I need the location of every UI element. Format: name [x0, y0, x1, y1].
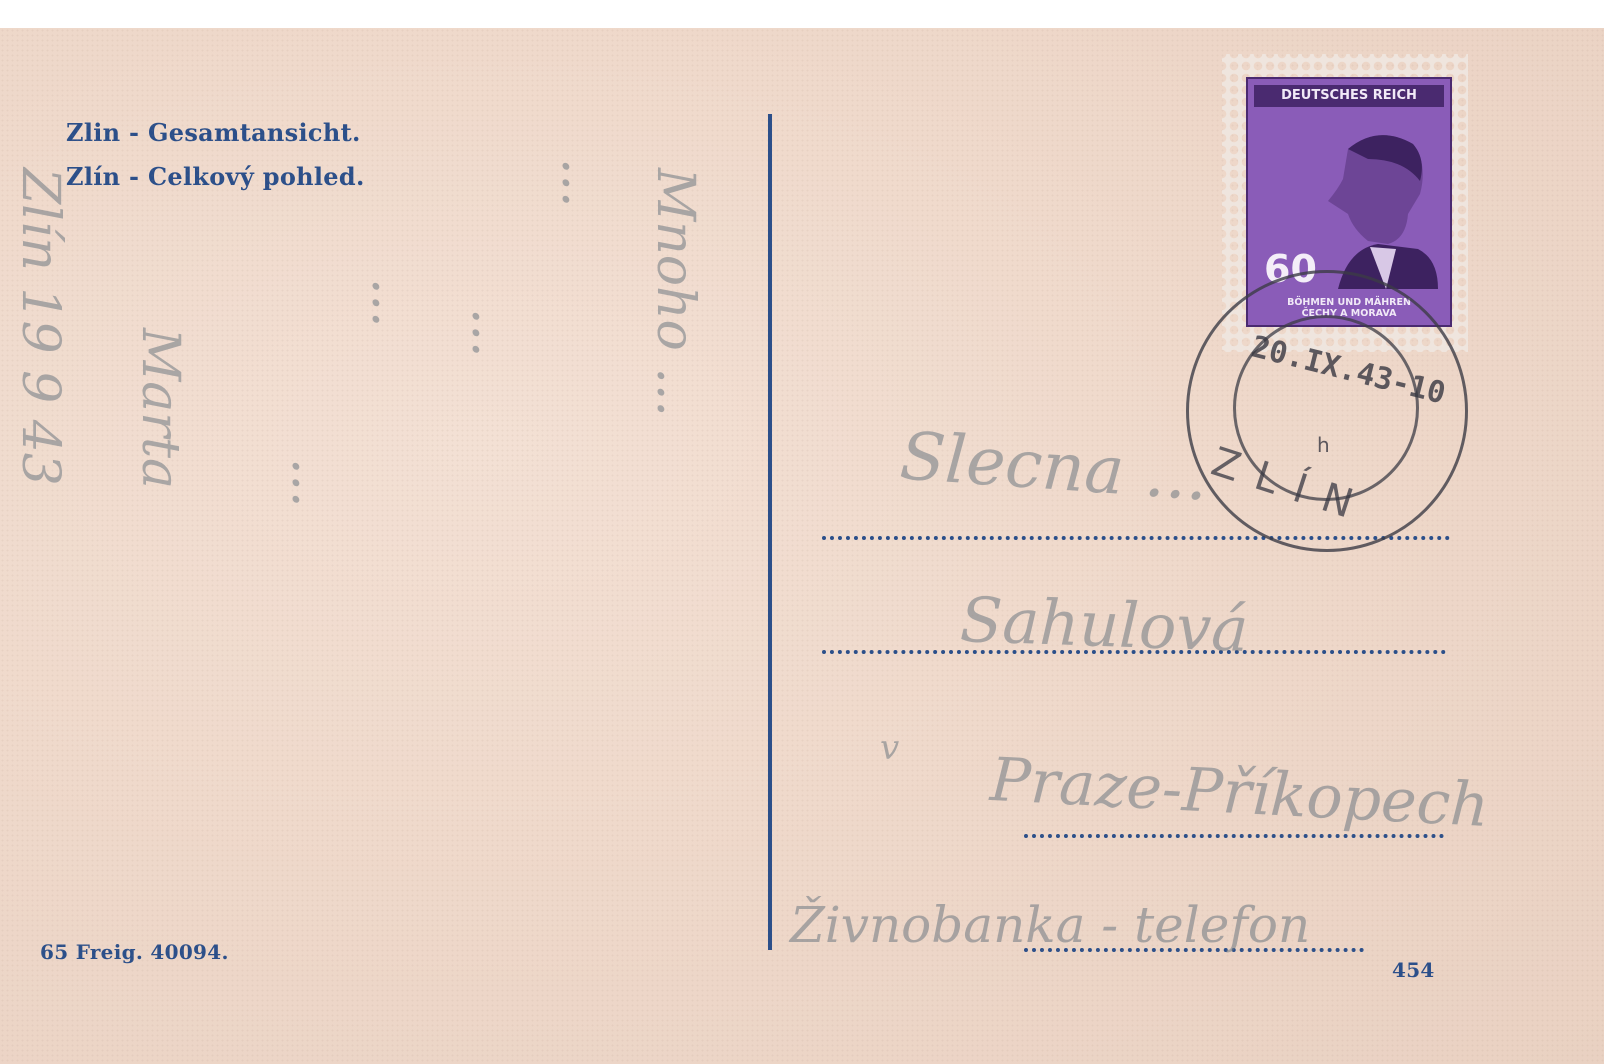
postmark-letter: h: [1317, 433, 1330, 457]
handwritten-date: Zlín 19 9 43: [10, 168, 70, 486]
handwritten-message-line: ...: [550, 158, 610, 208]
handwritten-message-line: ...: [360, 278, 420, 328]
caption-german: Zlin - Gesamtansicht.: [66, 118, 361, 147]
caption-czech: Zlín - Celkový pohled.: [66, 162, 365, 191]
handwritten-address-line: Praze-Příkopech: [989, 745, 1491, 841]
handwritten-address-line: Slecna ...: [898, 417, 1211, 515]
card-number: 454: [1392, 958, 1435, 982]
center-divider: [768, 114, 772, 950]
handwritten-message-line: ...: [280, 458, 340, 508]
handwritten-message-line: ...: [460, 308, 520, 358]
handwritten-signature: Marta: [130, 328, 190, 489]
publisher-imprint: 65 Freig. 40094.: [40, 940, 229, 964]
handwritten-address-line: Sahulová: [959, 583, 1250, 666]
portrait-icon: [1308, 119, 1438, 289]
handwritten-address-line: Živnobanka - telefon: [790, 896, 1310, 954]
postmark: 20.IX.43-10 h ZLÍN: [1186, 270, 1468, 552]
handwritten-address-prefix: v: [880, 728, 899, 768]
stamp-header: DEUTSCHES REICH: [1254, 85, 1444, 107]
handwritten-message-line: Mnoho ...: [645, 168, 705, 417]
